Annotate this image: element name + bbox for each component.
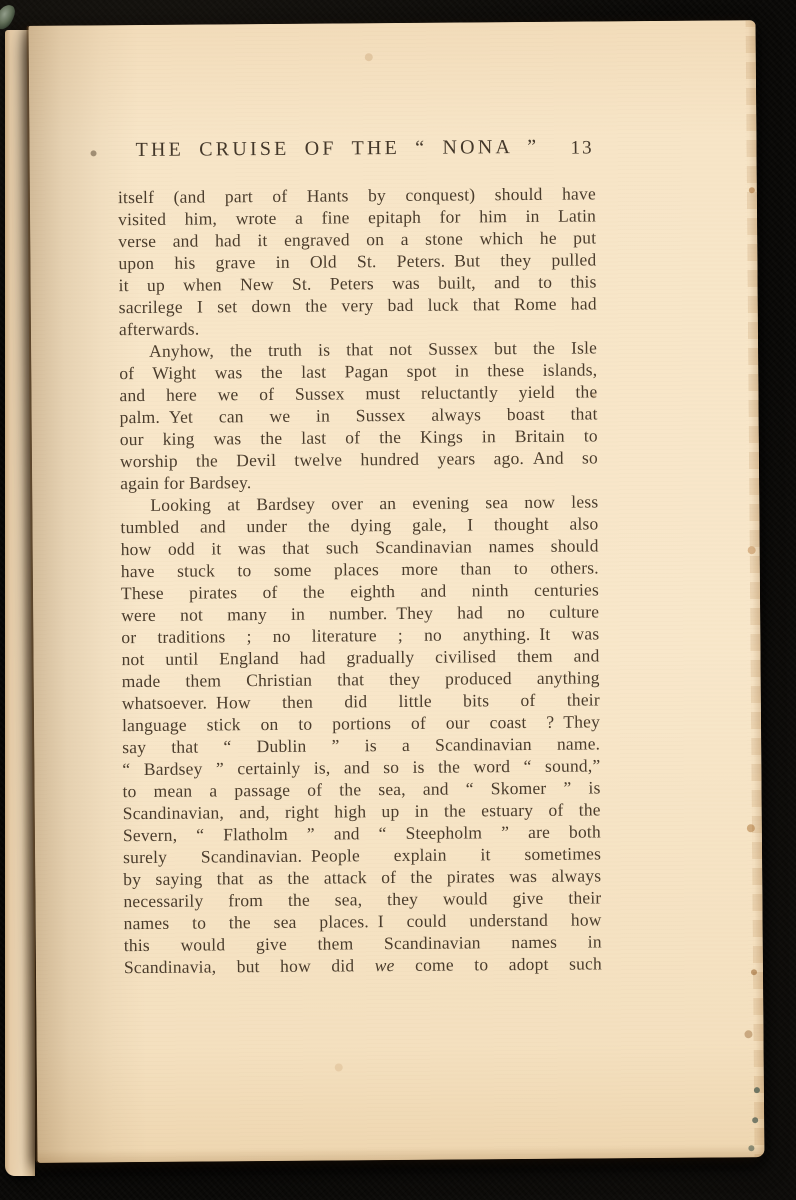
paragraph: Looking at Bardsey over an evening sea n… [120,490,602,978]
paragraph: Anyhow, the truth is that not Sussex but… [119,336,598,494]
text-line: Scandinavia, but how did we come to adop… [124,952,602,978]
text-segment: Scandinavia, but how did [124,955,375,977]
header-page-number: 13 [570,137,593,159]
book-page: THE CRUISE OF THE “ NONA ” 13 itself (an… [29,20,765,1163]
page-header: THE CRUISE OF THE “ NONA ” 13 [117,135,595,167]
text-line: sacrilege I set down the very bad luck t… [119,292,597,318]
foxing-spots [29,26,33,30]
text-line: worship the Devil twelve hundred years a… [120,446,598,472]
text-block: THE CRUISE OF THE “ NONA ” 13 itself (an… [117,135,602,978]
header-title: THE CRUISE OF THE “ NONA ” [135,136,539,162]
italic-word: we [375,955,395,975]
paragraph: itself (and part of Hants by conquest) s… [118,182,597,340]
text-segment: come to adopt such [395,953,602,975]
